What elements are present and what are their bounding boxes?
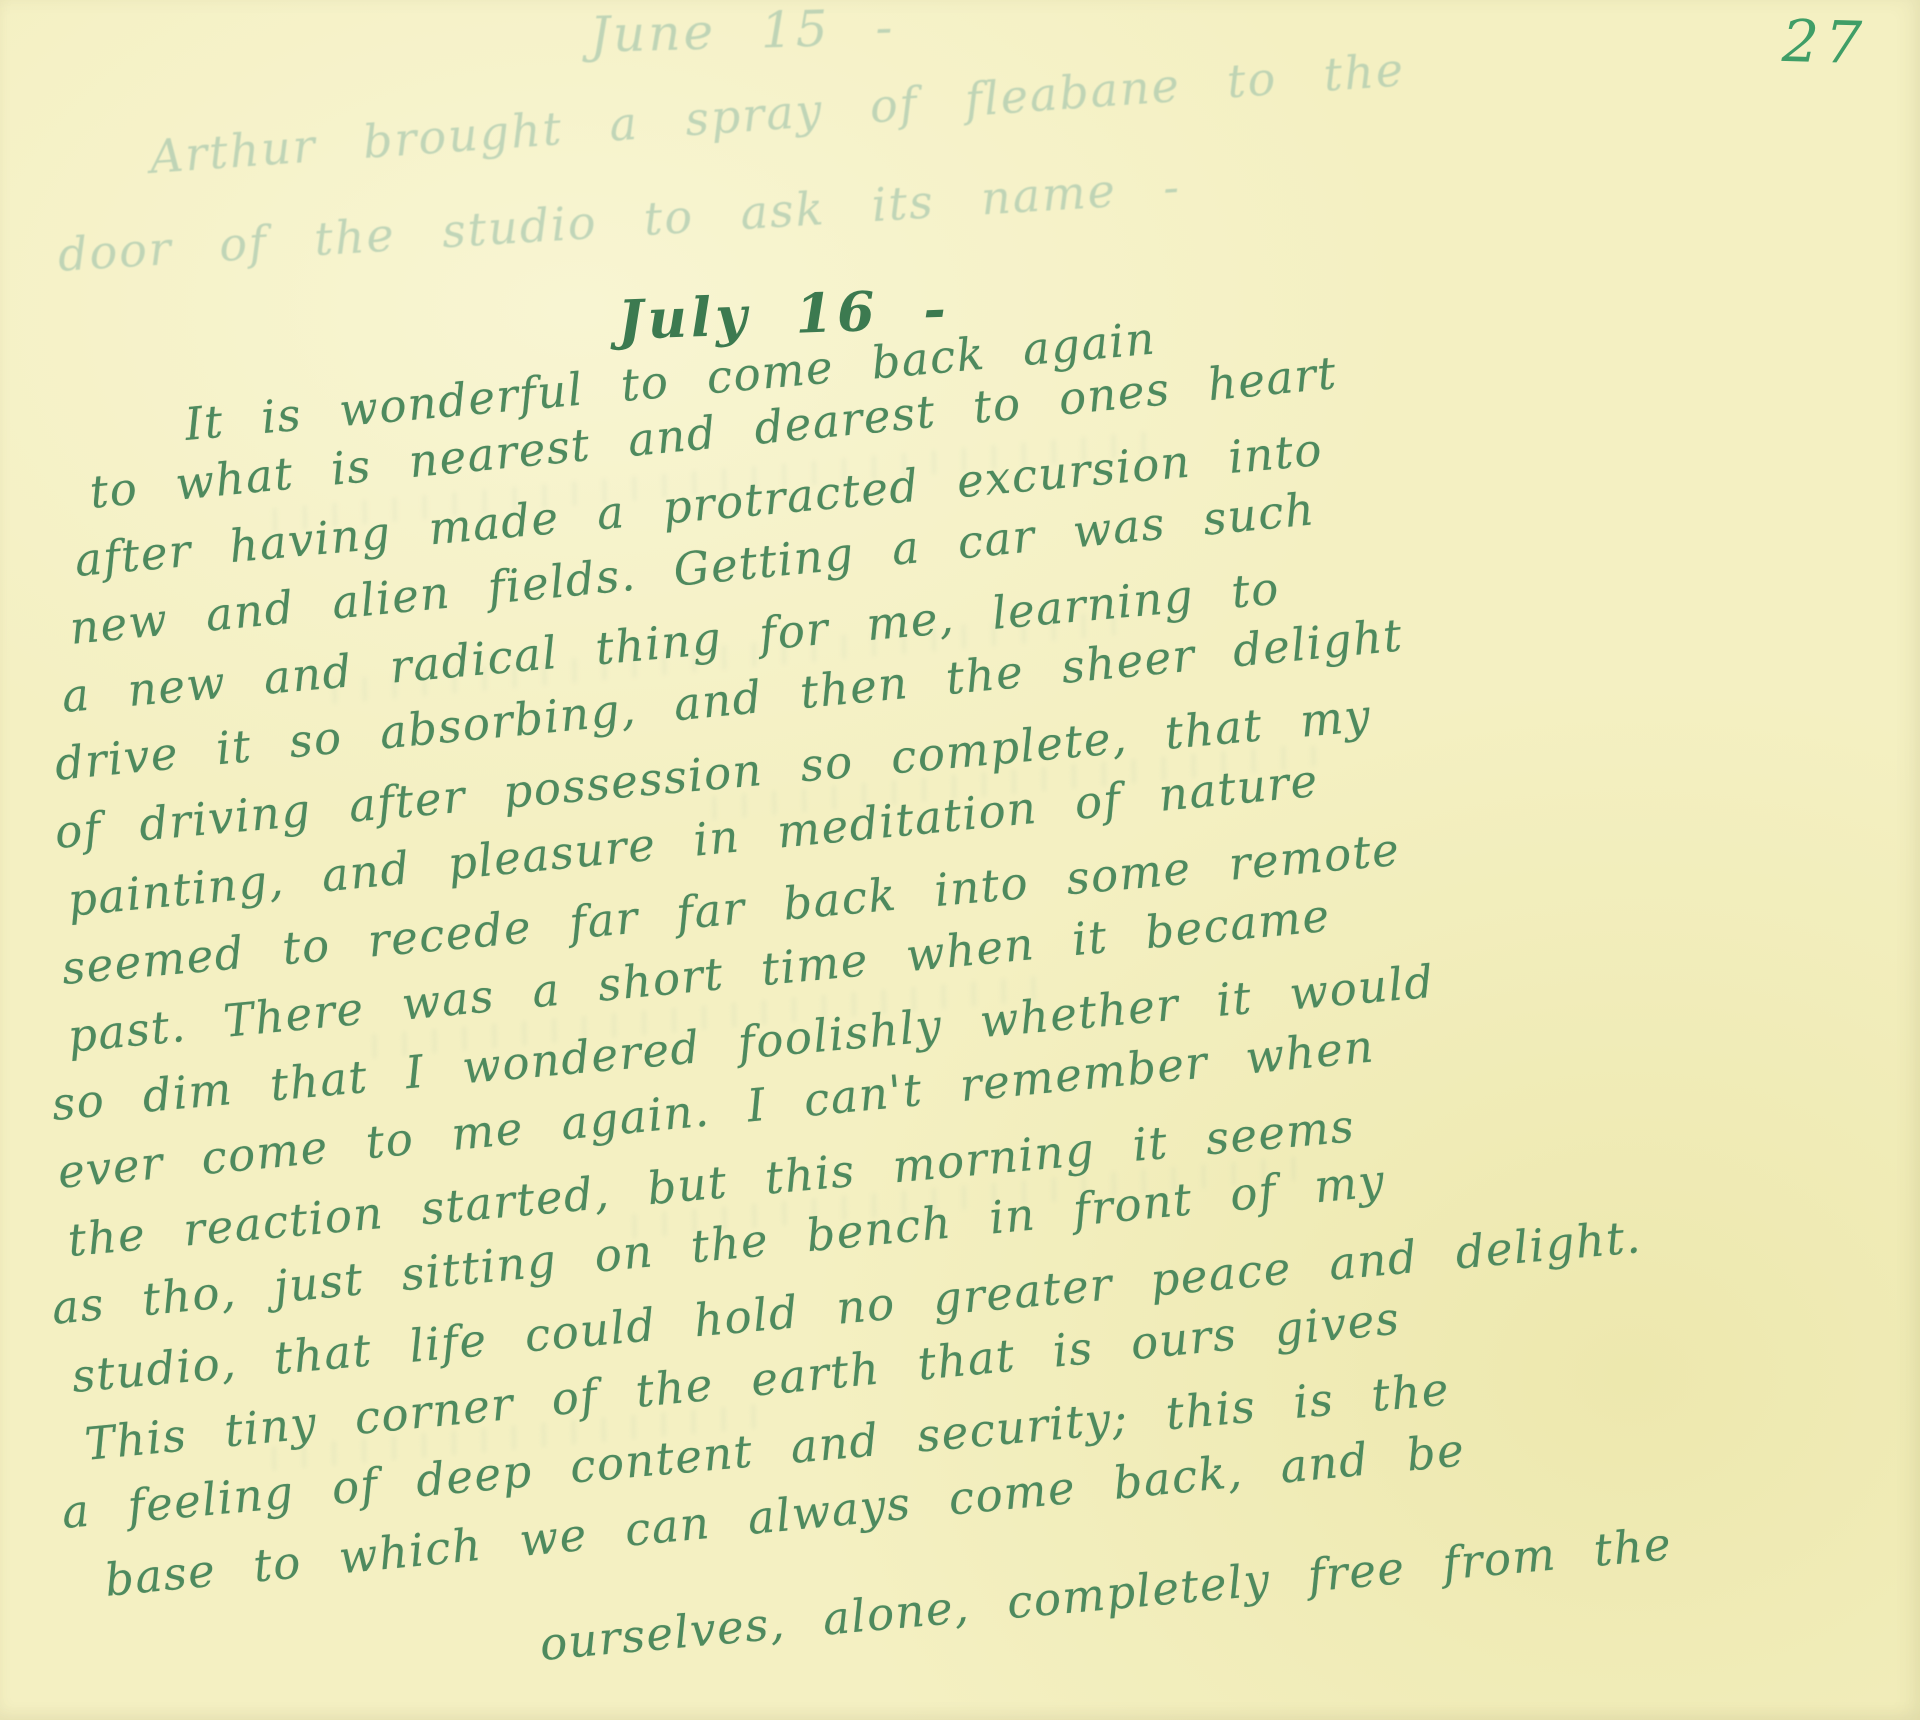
page-number: 27	[1781, 7, 1869, 77]
previous-entry-date: June 15 -	[589, 0, 896, 64]
journal-page: { "theme": { "paper": "#f4f0c2", "ink": …	[0, 0, 1920, 1720]
previous-entry-line: Arthur brought a spray of fleabane to th…	[148, 42, 1407, 184]
